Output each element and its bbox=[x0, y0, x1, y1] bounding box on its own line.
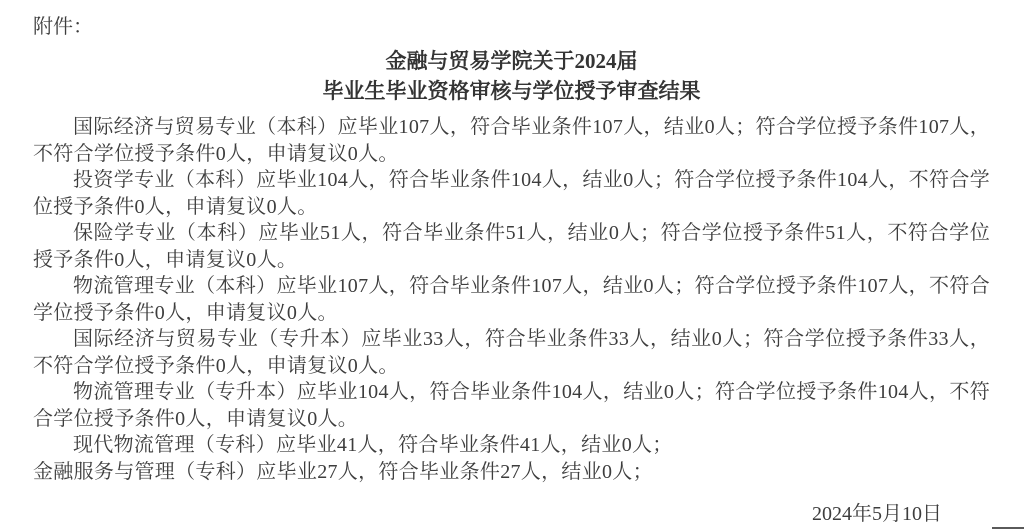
document-body: 国际经济与贸易专业（本科）应毕业107人，符合毕业条件107人，结业0人；符合学… bbox=[33, 114, 990, 485]
paragraph-logistics-management-upgrade: 物流管理专业（专升本）应毕业104人，符合毕业条件104人，结业0人；符合学位授… bbox=[33, 379, 990, 432]
page-edge-artifact bbox=[992, 527, 1024, 529]
paragraph-financial-services-management-college: 金融服务与管理（专科）应毕业27人，符合毕业条件27人，结业0人； bbox=[33, 459, 990, 486]
document-page: 附件： 金融与贸易学院关于2024届 毕业生毕业资格审核与学位授予审查结果 国际… bbox=[0, 0, 1024, 531]
paragraph-modern-logistics-management-college: 现代物流管理（专科）应毕业41人，符合毕业条件41人，结业0人； bbox=[33, 432, 990, 459]
document-title-line2: 毕业生毕业资格审核与学位授予审查结果 bbox=[33, 76, 990, 106]
document-title-line1: 金融与贸易学院关于2024届 bbox=[33, 46, 990, 76]
attachment-label: 附件： bbox=[33, 14, 990, 40]
paragraph-insurance-bachelor: 保险学专业（本科）应毕业51人，符合毕业条件51人，结业0人；符合学位授予条件5… bbox=[33, 220, 990, 273]
paragraph-international-economics-trade-bachelor: 国际经济与贸易专业（本科）应毕业107人，符合毕业条件107人，结业0人；符合学… bbox=[33, 114, 990, 167]
paragraph-investment-bachelor: 投资学专业（本科）应毕业104人，符合毕业条件104人，结业0人；符合学位授予条… bbox=[33, 167, 990, 220]
document-date: 2024年5月10日 bbox=[33, 501, 990, 527]
paragraph-international-economics-trade-upgrade: 国际经济与贸易专业（专升本）应毕业33人，符合毕业条件33人，结业0人；符合学位… bbox=[33, 326, 990, 379]
paragraph-logistics-management-bachelor: 物流管理专业（本科）应毕业107人，符合毕业条件107人，结业0人；符合学位授予… bbox=[33, 273, 990, 326]
